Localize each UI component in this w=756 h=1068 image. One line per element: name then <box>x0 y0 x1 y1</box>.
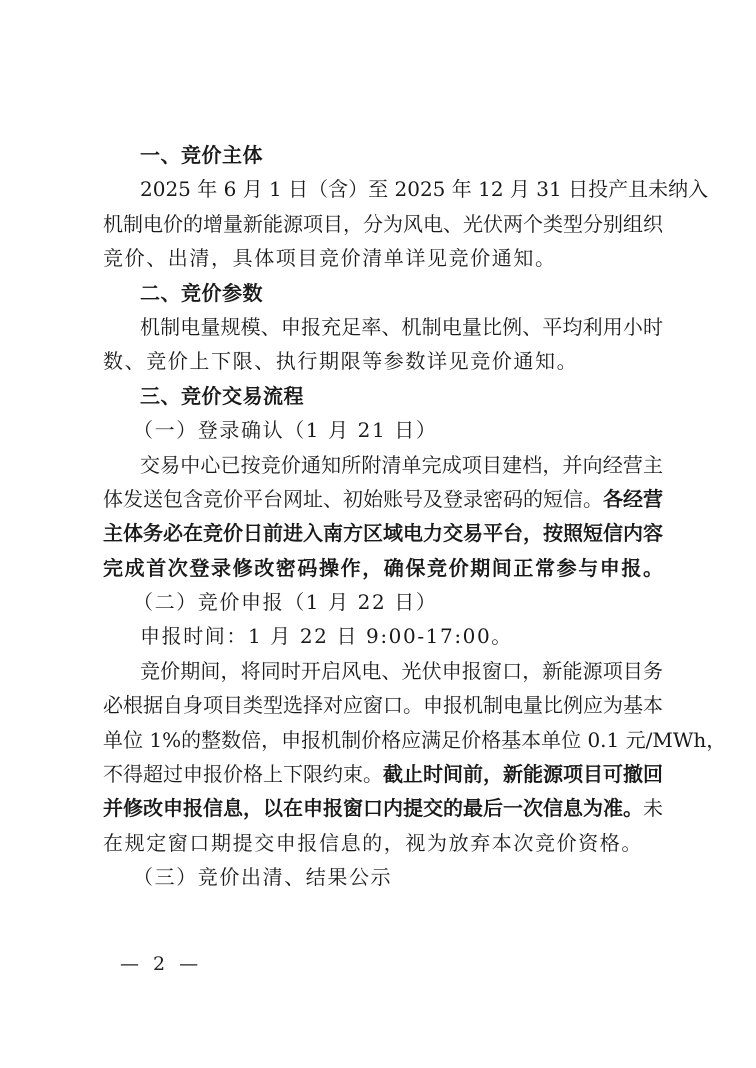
text-segment: （二）竞价申报（1 月 22 日） <box>133 590 437 614</box>
text-segment: 体发送包含竞价平台网址、初始账号及登录密码的短信。 <box>103 487 603 511</box>
text-segment: 交易中心已按竞价通知所附清单完成项目建档，并向经营主 <box>140 453 663 477</box>
text-segment: 在规定窗口期提交申报信息的，视为放弃本次竞价资格。 <box>103 831 643 855</box>
text-line: （三）竞价出清、结果公示 <box>103 860 663 894</box>
text-segment: 必根据自身项目类型选择对应窗口。申报机制电量比例应为基本 <box>103 693 663 717</box>
text-line: 体发送包含竞价平台网址、初始账号及登录密码的短信。各经营 <box>103 482 663 516</box>
text-line: 数、竞价上下限、执行期限等参数详见竞价通知。 <box>103 344 663 378</box>
text-line: 单位 1%的整数倍，申报机制价格应满足价格基本单位 0.1 元/MWh， <box>103 723 663 757</box>
text-line: 必根据自身项目类型选择对应窗口。申报机制电量比例应为基本 <box>103 688 663 722</box>
text-segment: 未 <box>643 796 663 820</box>
section-heading: 三、竞价交易流程 <box>103 379 663 413</box>
text-segment: 数、竞价上下限、执行期限等参数详见竞价通知。 <box>103 349 578 373</box>
emphasized-text: 主体务必在竞价日前进入南方区域电力交易平台，按照短信内容 <box>103 521 663 545</box>
text-line: 完成首次登录修改密码操作，确保竞价期间正常参与申报。 <box>103 551 663 585</box>
text-segment: 竞价期间，将同时开启风电、光伏申报窗口，新能源项目务 <box>140 659 663 683</box>
document-body: 一、竞价主体2025 年 6 月 1 日（含）至 2025 年 12 月 31 … <box>103 138 663 895</box>
text-segment: （三）竞价出清、结果公示 <box>133 865 392 889</box>
emphasized-text: 并修改申报信息，以在申报窗口内提交的最后一次信息为准。 <box>103 796 643 820</box>
emphasized-text: 三、竞价交易流程 <box>140 384 304 408</box>
emphasized-text: 一、竞价主体 <box>140 143 263 167</box>
emphasized-text: 二、竞价参数 <box>140 281 263 305</box>
section-heading: 一、竞价主体 <box>103 138 663 172</box>
text-line: 机制电量规模、申报充足率、机制电量比例、平均利用小时 <box>103 310 663 344</box>
text-segment: 申报时间：1 月 22 日 9:00-17:00。 <box>140 624 513 648</box>
text-line: 交易中心已按竞价通知所附清单完成项目建档，并向经营主 <box>103 448 663 482</box>
emphasized-text: 各经营 <box>603 487 663 511</box>
section-heading: 二、竞价参数 <box>103 276 663 310</box>
text-line: 主体务必在竞价日前进入南方区域电力交易平台，按照短信内容 <box>103 516 663 550</box>
text-line: 2025 年 6 月 1 日（含）至 2025 年 12 月 31 日投产且未纳… <box>103 172 663 206</box>
text-line: 申报时间：1 月 22 日 9:00-17:00。 <box>103 619 663 653</box>
text-segment: 竞价、出清，具体项目竞价清单详见竞价通知。 <box>103 246 557 270</box>
text-line: 在规定窗口期提交申报信息的，视为放弃本次竞价资格。 <box>103 826 663 860</box>
text-segment: 2025 年 6 月 1 日（含）至 2025 年 12 月 31 日投产且未纳… <box>140 177 708 201</box>
text-line: 不得超过申报价格上下限约束。截止时间前，新能源项目可撤回 <box>103 757 663 791</box>
text-segment: 单位 1%的整数倍，申报机制价格应满足价格基本单位 0.1 元/MWh， <box>103 728 726 752</box>
text-line: 机制电价的增量新能源项目，分为风电、光伏两个类型分别组织 <box>103 207 663 241</box>
text-line: 竞价期间，将同时开启风电、光伏申报窗口，新能源项目务 <box>103 654 663 688</box>
text-segment: 机制电量规模、申报充足率、机制电量比例、平均利用小时 <box>140 315 663 339</box>
document-page: 一、竞价主体2025 年 6 月 1 日（含）至 2025 年 12 月 31 … <box>0 0 756 1068</box>
emphasized-text: 完成首次登录修改密码操作，确保竞价期间正常参与申报。 <box>103 556 665 580</box>
text-segment: 不得超过申报价格上下限约束。 <box>103 762 383 786</box>
text-line: （一）登录确认（1 月 21 日） <box>103 413 663 447</box>
text-segment: （一）登录确认（1 月 21 日） <box>133 418 437 442</box>
text-line: 并修改申报信息，以在申报窗口内提交的最后一次信息为准。未 <box>103 791 663 825</box>
text-segment: 机制电价的增量新能源项目，分为风电、光伏两个类型分别组织 <box>103 212 663 236</box>
page-number: — 2 — <box>120 953 202 975</box>
text-line: （二）竞价申报（1 月 22 日） <box>103 585 663 619</box>
text-line: 竞价、出清，具体项目竞价清单详见竞价通知。 <box>103 241 663 275</box>
emphasized-text: 截止时间前，新能源项目可撤回 <box>383 762 663 786</box>
